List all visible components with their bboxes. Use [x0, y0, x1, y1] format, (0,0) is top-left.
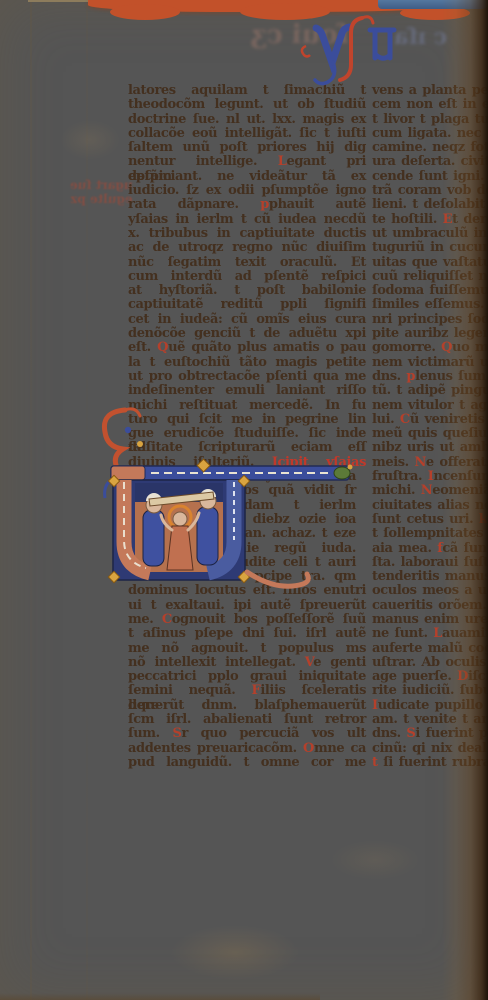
bottom-edge-shadow: [0, 993, 320, 1000]
text-line: cinũ: qi nix dealbabuntur. et: [372, 742, 488, 756]
text-line: me. Cognouit bos poſſeſſorẽ ſuũ: [128, 613, 366, 627]
text-line: eſt. Quẽ quãto plus amatis o pau: [128, 341, 366, 355]
text-line: theodocõm legunt. ut ob ſtudiũ: [128, 98, 366, 112]
text-line: cuũ reliquiſſet nob ſemen qſi: [372, 270, 488, 284]
text-line: la t euſtochiũ tãto magis petite: [128, 356, 366, 370]
text-line: ac de utroqz regno nũc diuiſim: [128, 241, 366, 255]
text-line: collacõe eoũ intelligãt. ſic t iuſti: [128, 127, 366, 141]
text-line: me nõ agnouit. t populus ms: [128, 642, 366, 656]
text-line: ura deſerta. civitates ure ſuc: [372, 155, 488, 169]
text-line: fruſtra. Incenſum abhominaco ē: [372, 470, 488, 484]
text-line: peccatrici pplo graui iniquitate: [128, 670, 366, 684]
text-line: ne ſunt. Lauamini mũdi eſtote: [372, 627, 488, 641]
text-line: ſemini nequã. Filiis ſceleratis dere: [128, 684, 366, 698]
text-line: ciuitates alias nõ ferã iniqui: [372, 499, 488, 513]
text-line: ſta. laboraui ſuſtinens. Et cũ ex: [372, 556, 488, 570]
header-red-flourish: [302, 46, 310, 57]
text-line: michi. Neomeniã t ſabbatũ t: [372, 484, 488, 498]
text-line: gomorre. Quo michi multitudi: [372, 341, 488, 355]
initial-tail-flourish: [247, 572, 308, 586]
text-line: meũ quis queſiuit hec de ma: [372, 427, 488, 441]
text-line: yſaias in ierlm t cũ iudea necdũ: [128, 213, 366, 227]
manuscript-page: ſoui cʒ c ıſa ugart ſue egulte pz: [0, 0, 488, 1000]
text-line: indeſinenter emuli laniant riſſo: [128, 384, 366, 398]
parchment-crease: [86, 0, 88, 1000]
text-line: ſimiles eſſemus. Audite vbm dni: [372, 298, 488, 312]
blue-headband: [378, 0, 488, 9]
text-line: addentes preuaricacõm. Omne ca: [128, 742, 366, 756]
text-line: nũc ſegatim texit oraculũ. Et: [128, 256, 366, 270]
header-letter-a: [370, 30, 394, 58]
text-line: uſtrar. Ab oculis meis. quieſcite: [372, 656, 488, 670]
text-line: trã coram vob deuorãt a: [372, 184, 488, 198]
text-line: nentur intellige. Legant pri eptãm: [128, 155, 366, 169]
parchment-stain: [60, 120, 120, 160]
text-line: ſunt cetus uri. kalendas uras: [372, 513, 488, 527]
text-line: rite iudiciũ. ſubuenite oppreſſo: [372, 684, 488, 698]
offset-ghost-text: c ıſa: [394, 24, 447, 50]
text-line: t aſinus pſepe dni ſui. iſrl autẽ: [128, 627, 366, 641]
parchment-crease: [30, 0, 32, 1000]
text-line: tũ. t adipẽ pinguiũ. t ſangui: [372, 384, 488, 398]
text-line: cende ſunt igni. regionẽ urã: [372, 170, 488, 184]
top-edge-line: [28, 0, 92, 2]
text-line: latores aquilam t ſimachiũ t: [128, 84, 366, 98]
parchment-stain: [170, 925, 300, 980]
text-line: ut pro obtrectacõe pſenti qua me: [128, 370, 366, 384]
parchment-stain: [330, 840, 420, 880]
text-line: cum interdũ ad pſentẽ reſpici: [128, 270, 366, 284]
text-line: captiuitatẽ reditũ ppli ſignifi: [128, 298, 366, 312]
text-line: deſpiciant. ne videãtur tã ex: [128, 170, 366, 184]
text-line: pud languidũ. t omne cor me: [128, 756, 366, 770]
text-line: auferte malũ cogitacõnũ: [372, 642, 488, 656]
text-line: ut umbraculũ in vinea. t ſic: [372, 227, 488, 241]
text-line: iudicio. ſz ex odii pſumptõe igno: [128, 184, 366, 198]
red-painted-edge: [110, 4, 180, 20]
text-line: ſaltem unũ poſt priores hij dig: [128, 141, 366, 155]
historiated-initial-V: [93, 402, 355, 600]
text-line: te hoſtili. Et derelinqt filia: [372, 213, 488, 227]
running-header-ysa: [296, 10, 400, 86]
text-line: uitas que vaſtatur. Niſi dns: [372, 256, 488, 270]
text-line: camine. neqz fota oleo. Terra: [372, 141, 488, 155]
text-line: ſum. Sr quo percuciã vos ult: [128, 727, 366, 741]
text-line: aia mea. fcã ſunt michi mole: [372, 542, 488, 556]
text-line: nõ intellexit intellegat. Ve genti: [128, 656, 366, 670]
text-line: meis. Ne offeratis ultra ſacrifi: [372, 456, 488, 470]
text-line: denõcõe genciũ t de aduẽtu xpi: [128, 327, 366, 341]
text-line: pite auribz legem dei nri ppls: [372, 327, 488, 341]
text-line: rata dãpnare. pphauit autẽ: [128, 198, 366, 212]
text-line: t ſollempnitates uras odiuit a: [372, 527, 488, 541]
text-line: Iudicate pupillo defendite vidu: [372, 699, 488, 713]
text-line: ui t exaltaui. ipi autẽ ſpreuerũt: [128, 599, 366, 613]
text-line: lui. Cũ veniretis ante cõſpectũ: [372, 413, 488, 427]
text-column-right: vens a planta pedis uſqz ad verticem non…: [372, 84, 488, 770]
text-line: lieni. t deſolabit ſic in vaſtita: [372, 198, 488, 212]
text-line: nem vitulor t agnor t hircor no: [372, 399, 488, 413]
text-line: vens a planta pedis uſqz ad verti: [372, 84, 488, 98]
text-line: t livor t plaga tumens nõ eſt: [372, 113, 488, 127]
text-line: tuguriũ in cucumerario. t ſic: [372, 241, 488, 255]
initial-letter-body: [108, 475, 308, 586]
marginal-ornament: [104, 409, 143, 465]
text-line: tenderitis manus uras auertã: [372, 570, 488, 584]
text-line: x. tribubus in captiuitate ductis: [128, 227, 366, 241]
text-line: manus enim ure ſanguine ple: [372, 613, 488, 627]
text-line: caueritis orõem. nõ exaudiã: [372, 599, 488, 613]
text-line: nem victimarũ urarũ dicit: [372, 356, 488, 370]
text-line: dns. plenus ſum. holocauſta arie: [372, 370, 488, 384]
text-line: doctrine ſue. nl ut. lxx. magis ex: [128, 113, 366, 127]
text-line: t ſi fuerint rubra qi vermicul: [372, 756, 488, 770]
header-letter-y: [316, 27, 349, 63]
text-line: nibz uris ut ambularetis in atr: [372, 441, 488, 455]
text-line: nri principes ſodomor. pci: [372, 313, 488, 327]
text-line: ſodoma fuiſſemus t qſi gomor: [372, 284, 488, 298]
text-line: ſcm iſrl. abalienati ſunt retror: [128, 713, 366, 727]
text-line: oculos meos a uob. Et cũ multipli: [372, 584, 488, 598]
text-line: liquerũt dnm. blaſphemauerũt: [128, 699, 366, 713]
text-line: age puerſe. Diſcite bn facere. que: [372, 670, 488, 684]
offset-ghost-rubric: ugart ſue egulte pz: [70, 178, 132, 206]
text-line: am. t venite t arguite me dicit: [372, 713, 488, 727]
text-line: dns. Si fuerint pcta ura ut coc: [372, 727, 488, 741]
text-line: cet in iudeã: cũ omĩs eius cura: [128, 313, 366, 327]
text-line: at hyſtoriã. t poſt babilonie: [128, 284, 366, 298]
text-line: cum ligata. nec curata medi: [372, 127, 488, 141]
text-line: cem non eſt in eo ſanitas. vuln: [372, 98, 488, 112]
